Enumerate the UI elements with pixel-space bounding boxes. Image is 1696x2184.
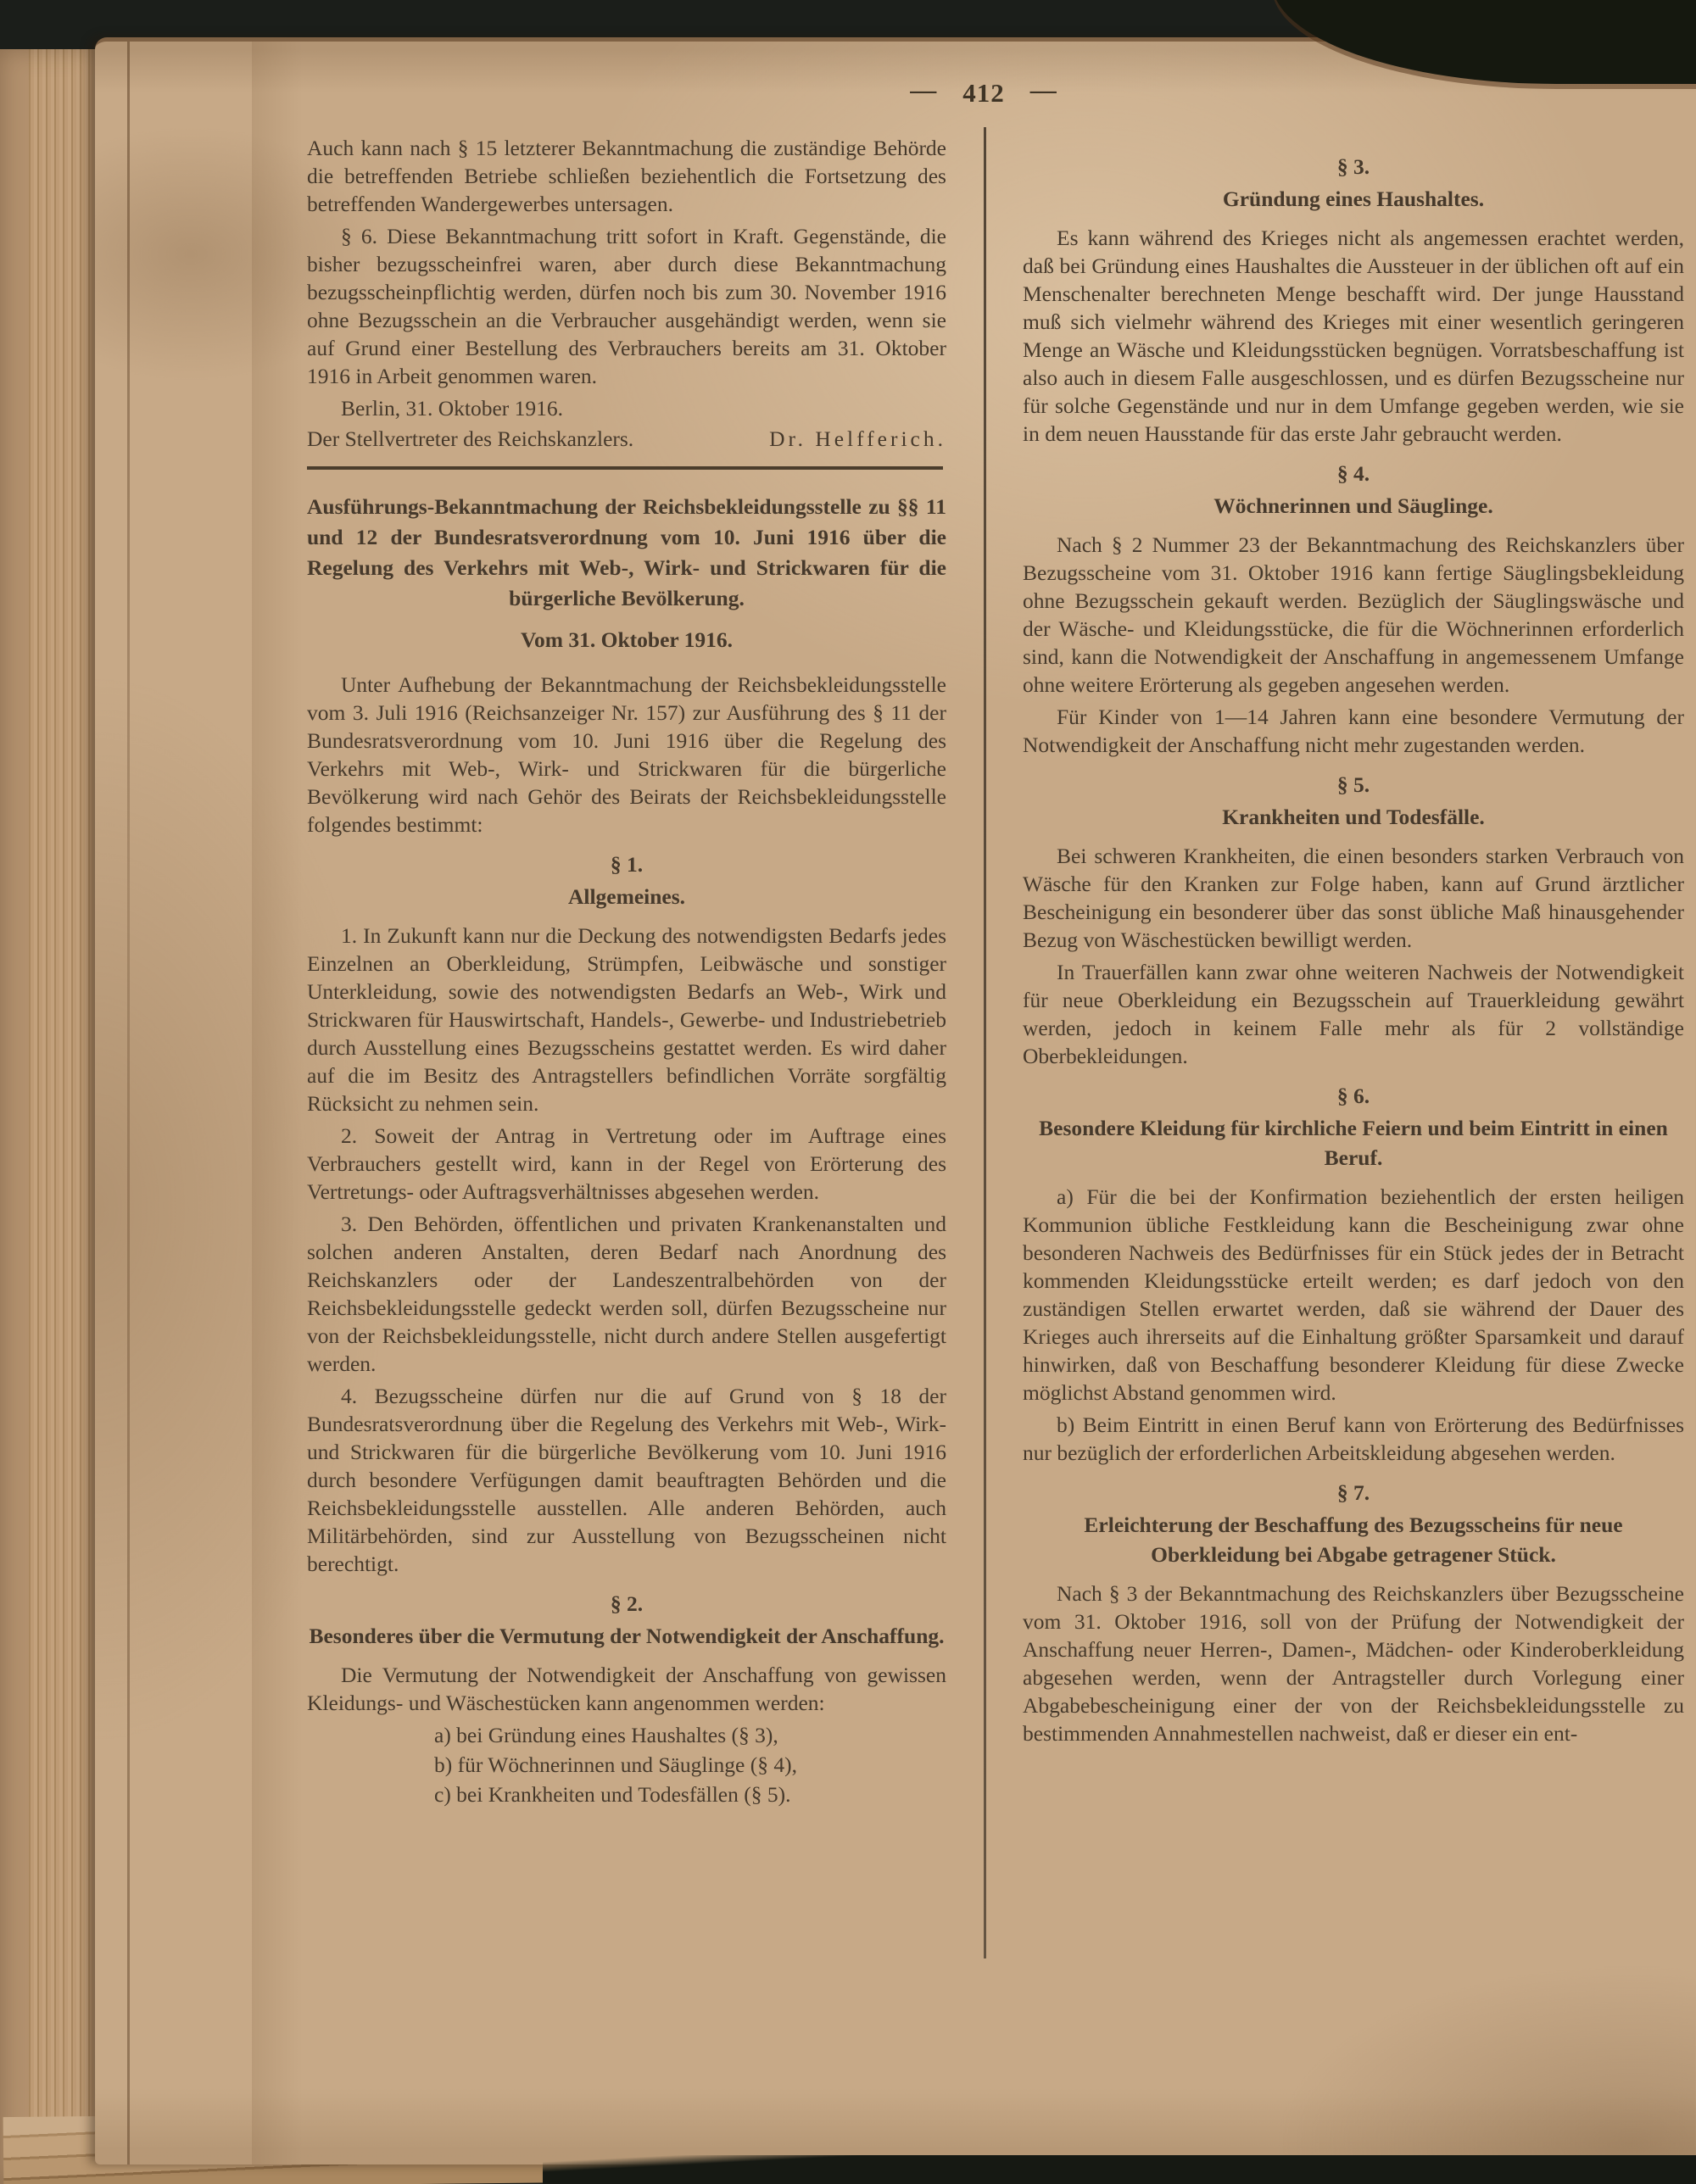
section-3-paragraph-1: Es kann während des Krieges nicht als an… — [1023, 224, 1684, 448]
section-4-paragraph-1: Nach § 2 Nummer 23 der Bekanntmachung de… — [1023, 531, 1684, 699]
section-5-number: § 5. — [1023, 771, 1684, 799]
signature-office: Der Stellvertreter des Reichskanzlers. — [307, 425, 633, 453]
section-7-paragraph-1: Nach § 3 der Bekanntmachung des Reichska… — [1023, 1579, 1684, 1747]
section-7-title: Erleichterung der Beschaffung des Bezugs… — [1023, 1510, 1684, 1569]
column-divider-rule — [984, 127, 986, 1958]
page-gutter-shading — [252, 42, 303, 2164]
section-1-title: Allgemeines. — [307, 882, 946, 911]
column-right: § 3. Gründung eines Haushaltes. Es kann … — [1023, 141, 1684, 1752]
continuation-paragraph: Auch kann nach § 15 letzterer Bekanntmac… — [307, 134, 946, 218]
page-number-value: 412 — [962, 78, 1005, 108]
section-3-number: § 3. — [1023, 153, 1684, 181]
top-right-shadow — [1272, 0, 1696, 84]
list-item-a: a) bei Gründung eines Haushaltes (§ 3), — [434, 1721, 946, 1749]
signature-line: Der Stellvertreter des Reichskanzlers. D… — [307, 425, 946, 453]
scanned-book-photo: { "colors": { "paper": "#c7a987", "ink":… — [0, 0, 1696, 2184]
page-stack-edges — [0, 49, 100, 2184]
section-2-title: Besonderes über die Vermutung der Notwen… — [307, 1621, 946, 1651]
section-1-paragraph-1: 1. In Zukunft kann nur die Deckung des n… — [307, 922, 946, 1117]
notice-title: Ausführungs-Bekanntmachung der Reichsbek… — [307, 492, 946, 614]
page-number: —412— — [644, 78, 1323, 109]
section-1-paragraph-2: 2. Soweit der Antrag in Vertretung oder … — [307, 1122, 946, 1206]
section-1-number: § 1. — [307, 850, 946, 878]
section-2-list: a) bei Gründung eines Haushaltes (§ 3), … — [434, 1721, 946, 1808]
section-7-number: § 7. — [1023, 1479, 1684, 1507]
section-5-paragraph-1: Bei schweren Krankheiten, die einen beso… — [1023, 842, 1684, 954]
dateline: Berlin, 31. Oktober 1916. — [307, 394, 946, 422]
section-4-number: § 4. — [1023, 460, 1684, 487]
section-separator-rule — [307, 466, 943, 470]
notice-date-heading: Vom 31. Oktober 1916. — [307, 626, 946, 654]
list-item-c: c) bei Krankheiten und Todesfällen (§ 5)… — [434, 1780, 946, 1808]
section-6-paragraph-b: b) Beim Eintritt in einen Beruf kann von… — [1023, 1411, 1684, 1467]
section-6-paragraph-a: a) Für die bei der Konfirmation beziehen… — [1023, 1183, 1684, 1407]
section-5-paragraph-2: In Trauerfällen kann zwar ohne weiteren … — [1023, 958, 1684, 1070]
section-6-number: § 6. — [1023, 1082, 1684, 1110]
notice-intro-paragraph: Unter Aufhebung der Bekanntmachung der R… — [307, 671, 946, 838]
section-1-paragraph-4: 4. Bezugsscheine dürfen nur die auf Grun… — [307, 1382, 946, 1578]
page-number-dash-left: — — [910, 75, 937, 104]
signature-name: Dr. Helfferich. — [769, 425, 946, 453]
bottom-table-shadow — [543, 2155, 1696, 2184]
section-4-title: Wöchnerinnen und Säuglinge. — [1023, 491, 1684, 521]
section-1-paragraph-3: 3. Den Behörden, öffentlichen und privat… — [307, 1210, 946, 1378]
page-gutter-crease — [127, 42, 130, 2164]
section-5-title: Krankheiten und Todesfälle. — [1023, 802, 1684, 832]
section-2-number: § 2. — [307, 1590, 946, 1618]
section-4-paragraph-2: Für Kinder von 1—14 Jahren kann eine bes… — [1023, 703, 1684, 759]
list-item-b: b) für Wöchnerinnen und Säuglinge (§ 4), — [434, 1751, 946, 1779]
section-6-title: Besondere Kleidung für kirchliche Feiern… — [1023, 1113, 1684, 1173]
column-left: Auch kann nach § 15 letzterer Bekanntmac… — [307, 134, 946, 1810]
section-3-title: Gründung eines Haushaltes. — [1023, 184, 1684, 214]
section-6-paragraph: § 6. Diese Bekanntmachung tritt sofort i… — [307, 222, 946, 390]
section-2-intro: Die Vermutung der Notwendigkeit der Ansc… — [307, 1661, 946, 1717]
page-number-dash-right: — — [1030, 75, 1057, 104]
